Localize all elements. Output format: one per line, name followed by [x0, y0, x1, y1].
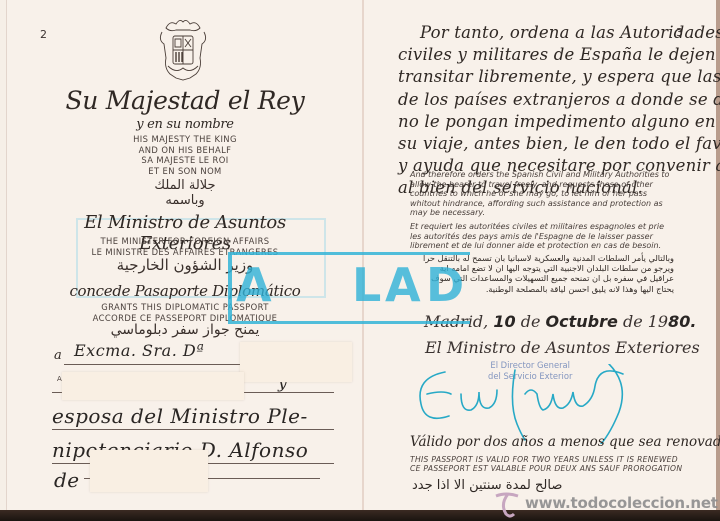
- coat-of-arms-icon: [156, 18, 210, 82]
- stamp-letter: L: [352, 262, 381, 308]
- passport-spread: 2 Su Majestad el Rey y en su nombre HIS …: [0, 0, 720, 521]
- stamp-letter: D: [426, 262, 464, 308]
- date-month: Octubre: [546, 312, 618, 331]
- handwritten-line-1: Excma. Sra. Dª: [74, 341, 204, 360]
- handwritten-line-5: de: [54, 468, 80, 492]
- validity-english-french: THIS PASSPORT IS VALID FOR TWO YEARS UNL…: [410, 455, 682, 473]
- validity-script: Válido por dos años a menos que sea reno…: [410, 434, 720, 450]
- english-order-paragraph: And therefore orders the Spanish Civil a…: [410, 170, 672, 218]
- watermark-text: www.todocoleccion.net: [525, 494, 718, 512]
- redacted-area: [90, 450, 208, 492]
- stamp-letter: A: [385, 262, 421, 308]
- date-year: 80.: [668, 312, 696, 331]
- subtitle-y-en-su-nombre: y en su nombre: [40, 117, 330, 132]
- signature-icon: [405, 364, 635, 444]
- handwritten-line-3: esposa del Ministro Ple-: [52, 404, 308, 428]
- grants-arabic: يمنح جواز سفر دبلوماسي: [40, 322, 330, 338]
- english-king-lines: HIS MAJESTY THE KING AND ON HIS BEHALF S…: [40, 134, 330, 176]
- bearer-prefix-script: a: [54, 348, 61, 363]
- date-day: 10: [493, 312, 515, 331]
- arabic-king-lines: جلالة الملك وباسمه: [40, 178, 330, 208]
- french-order-paragraph: Et requiert les autoritées civiles et mi…: [410, 222, 672, 251]
- redacted-area: [62, 372, 244, 400]
- page-number-left: 2: [40, 28, 47, 41]
- stamp-letter: A: [236, 262, 272, 308]
- minister-title-right: El Ministro de Asuntos Exteriores: [425, 338, 700, 357]
- redacted-area: [240, 342, 352, 382]
- fill-line-3: [52, 429, 334, 430]
- title-su-majestad: Su Majestad el Rey: [40, 86, 330, 115]
- todocoleccion-logo-icon: [492, 490, 520, 518]
